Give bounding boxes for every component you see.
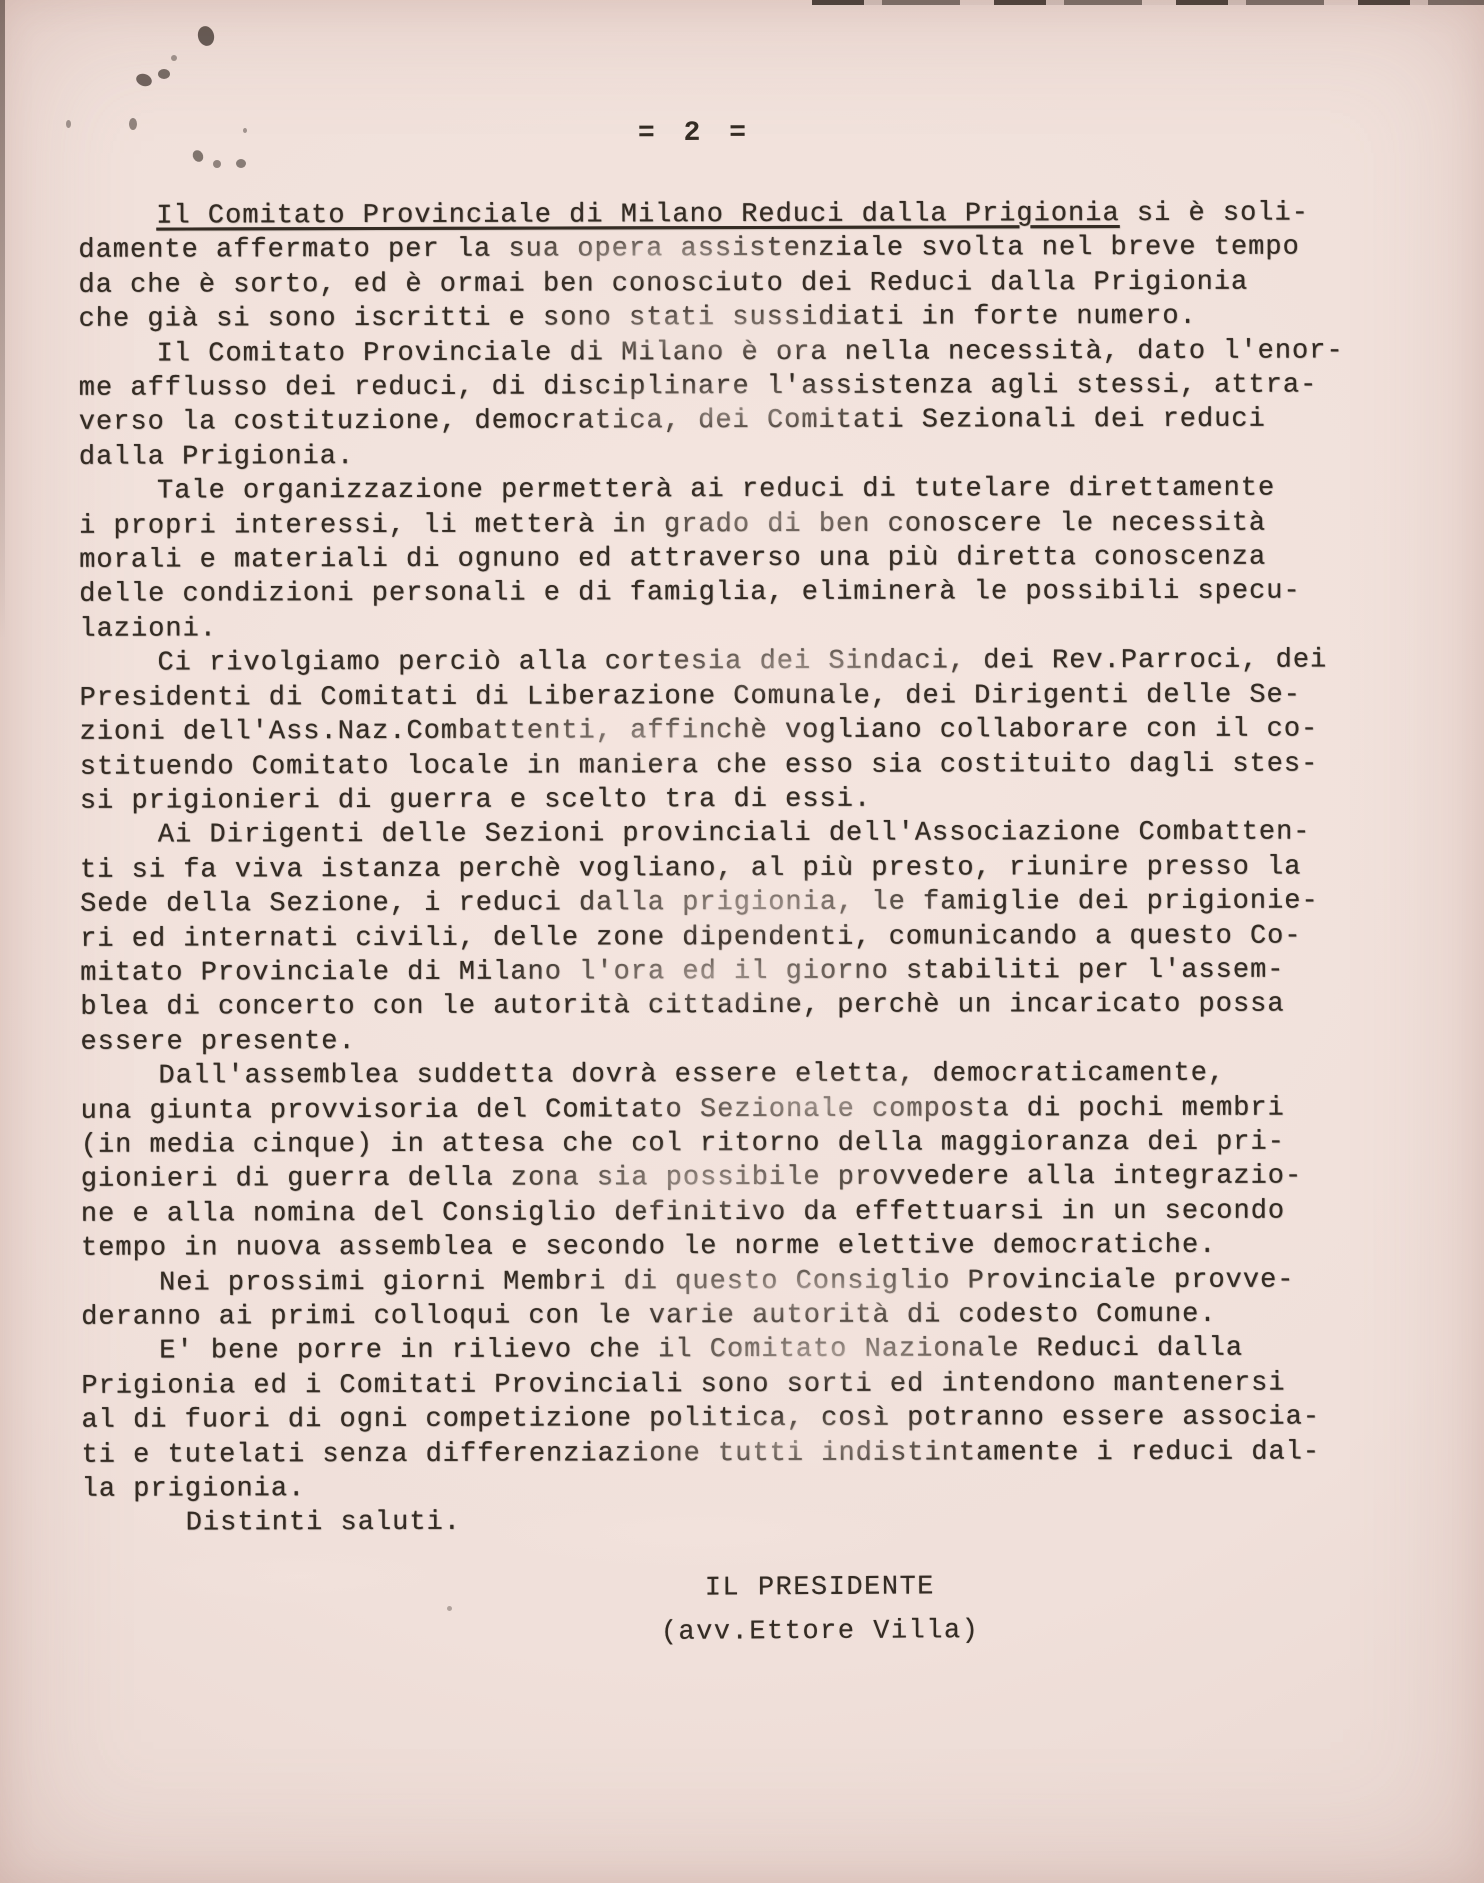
scanned-letter-page: = 2 = Il Comitato Provinciale di Milano … — [0, 0, 1484, 1883]
underlined-phrase: Il Comitato Provinciale di Milano Reduci… — [156, 199, 1119, 232]
paragraph: E' bene porre in rilievo che il Comitato… — [81, 1332, 1429, 1508]
paragraph: Ci rivolgiamo perciò alla cortesia dei S… — [79, 644, 1427, 820]
ink-speck — [129, 118, 137, 130]
page-number: = 2 = — [570, 117, 820, 149]
signature-name: (avv.Ettore Villa) — [640, 1609, 1000, 1655]
scan-edge-artifact-left — [0, 0, 5, 640]
ink-speck — [158, 69, 170, 79]
paragraph: Tale organizzazione permetterà ai reduci… — [79, 471, 1427, 647]
ink-speck — [236, 159, 246, 168]
ink-speck — [243, 128, 247, 133]
paragraph: Ai Dirigenti delle Sezioni provinciali d… — [80, 816, 1429, 1060]
ink-speck — [191, 148, 206, 163]
paragraph: Nei prossimi giorni Membri di questo Con… — [81, 1263, 1429, 1335]
paragraph: Dall'assemblea suddetta dovrà essere ele… — [80, 1056, 1429, 1266]
ink-speck — [196, 24, 217, 47]
ink-speck — [447, 1606, 452, 1611]
ink-speck — [171, 55, 177, 61]
letter-body: Il Comitato Provinciale di Milano Reduci… — [78, 196, 1430, 1541]
scan-edge-artifact-top — [812, 0, 1484, 5]
ink-speck — [213, 160, 221, 168]
ink-speck — [66, 120, 71, 128]
ink-speck — [134, 72, 153, 89]
closing-salutation: Distinti saluti. — [82, 1504, 1430, 1542]
signature-block: IL PRESIDENTE (avv.Ettore Villa) — [640, 1565, 1000, 1655]
paragraph: Il Comitato Provinciale di Milano Reduci… — [78, 196, 1426, 337]
signature-title: IL PRESIDENTE — [640, 1565, 1000, 1611]
paragraph: Il Comitato Provinciale di Milano è ora … — [79, 334, 1427, 475]
